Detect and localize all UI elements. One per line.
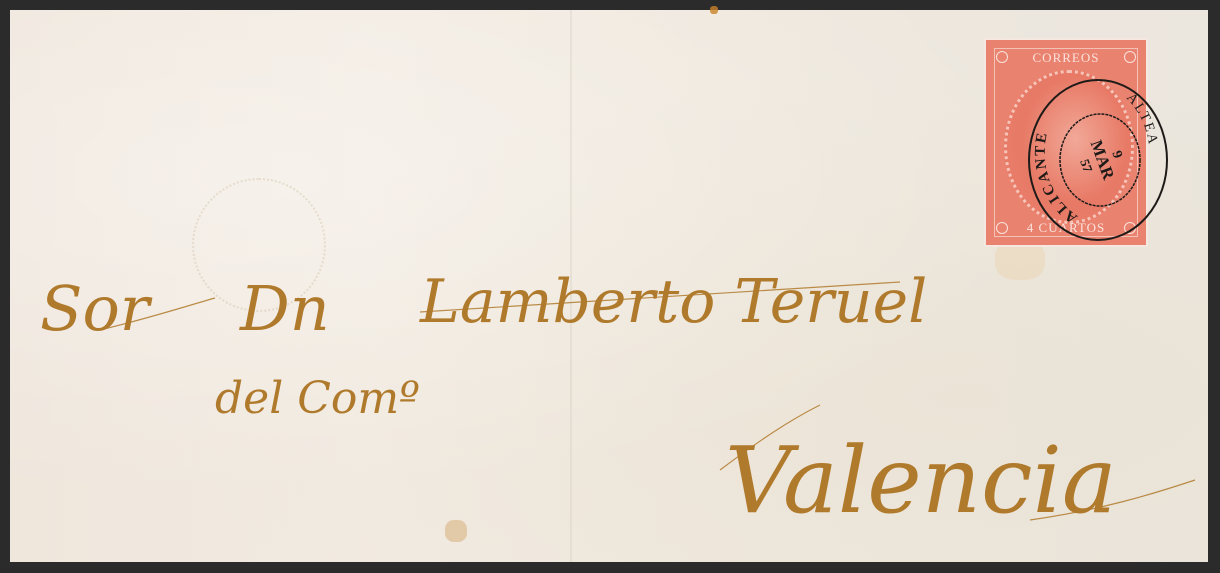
address-title: Dn <box>239 272 330 345</box>
address-honorific: Sor <box>40 272 153 345</box>
addressee-name: Lamberto Teruel <box>419 267 927 337</box>
address-line-2: del Comº <box>215 373 420 424</box>
handwritten-address: Sor Dn Lamberto Teruel del Comº Valencia <box>0 0 1220 573</box>
address-city: Valencia <box>725 427 1117 534</box>
